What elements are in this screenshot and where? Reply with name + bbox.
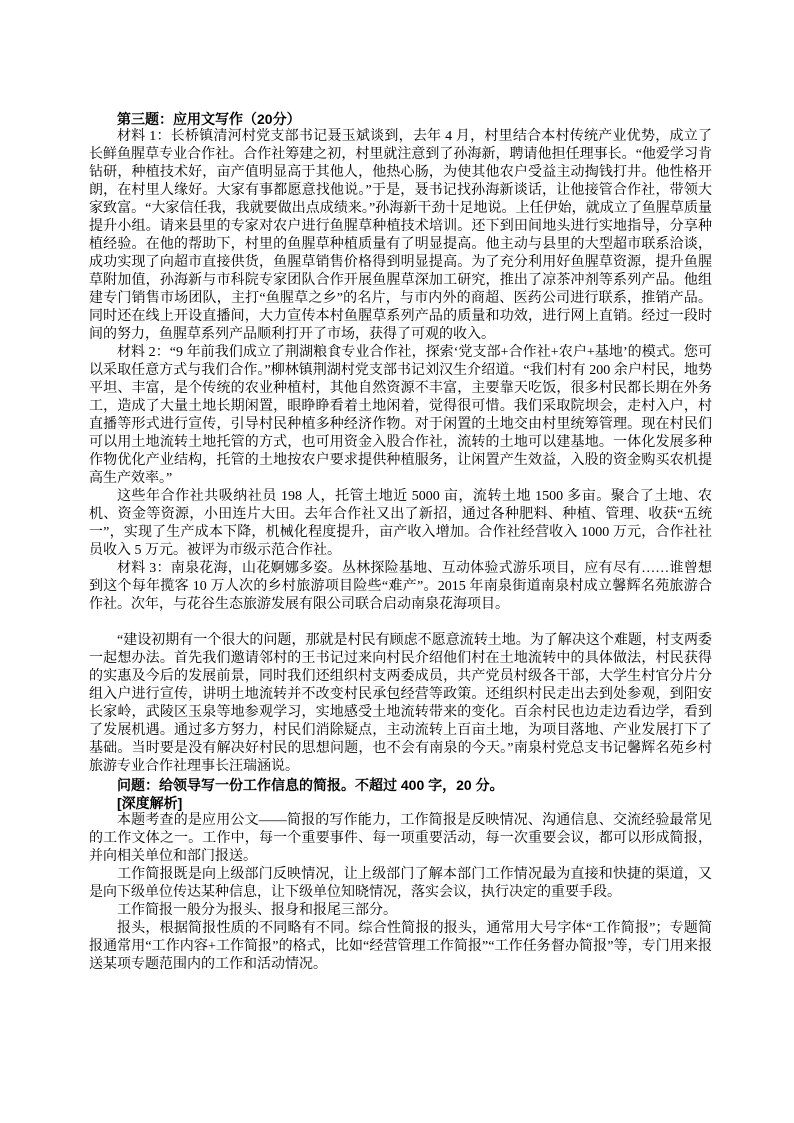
- question-line: 问题：给领导写一份工作信息的简报。不超过 400 字，20 分。: [89, 776, 712, 794]
- paragraph-village-quote: “建设初期有一个很大的问题，那就是村民有顾虑不愿意流转土地。为了解决这个难题，村…: [89, 632, 712, 776]
- paragraph-analysis-3: 工作简报一般分为报头、报身和报尾三部分。: [89, 902, 712, 920]
- analysis-header: [深度解析]: [89, 794, 712, 812]
- paragraph-analysis-1: 本题考查的是应用公文——简报的写作能力，工作简报是反映情况、沟通信息、交流经验最…: [89, 812, 712, 866]
- document-content: 第三题：应用文写作（20分） 材料 1：长桥镇清河村党支部书记聂玉斌谈到，去年 …: [89, 110, 712, 974]
- section-title: 第三题：应用文写作（20分）: [89, 110, 712, 128]
- paragraph-analysis-4: 报头，根据简报性质的不同略有不同。综合性简报的报头，通常用大号字体“工作简报”；…: [89, 920, 712, 974]
- paragraph-analysis-2: 工作简报既是向上级部门反映情况，让上级部门了解本部门工作情况最为直接和快捷的渠道…: [89, 866, 712, 902]
- paragraph-coop-results: 这些年合作社共吸纳社员 198 人，托管土地近 5000 亩，流转土地 1500…: [89, 488, 712, 560]
- blank-line: [89, 614, 712, 632]
- paragraph-material-3: 材料 3：南泉花海，山花婀娜多姿。丛林探险基地、互动体验式游乐项目，应有尽有………: [89, 560, 712, 614]
- paragraph-material-1: 材料 1：长桥镇清河村党支部书记聂玉斌谈到，去年 4 月，村里结合本村传统产业优…: [89, 128, 712, 344]
- paragraph-material-2: 材料 2：“9 年前我们成立了荆湖粮食专业合作社，探索‘党支部+合作社+农户+基…: [89, 344, 712, 488]
- document-page: 第三题：应用文写作（20分） 材料 1：长桥镇清河村党支部书记聂玉斌谈到，去年 …: [0, 0, 794, 1123]
